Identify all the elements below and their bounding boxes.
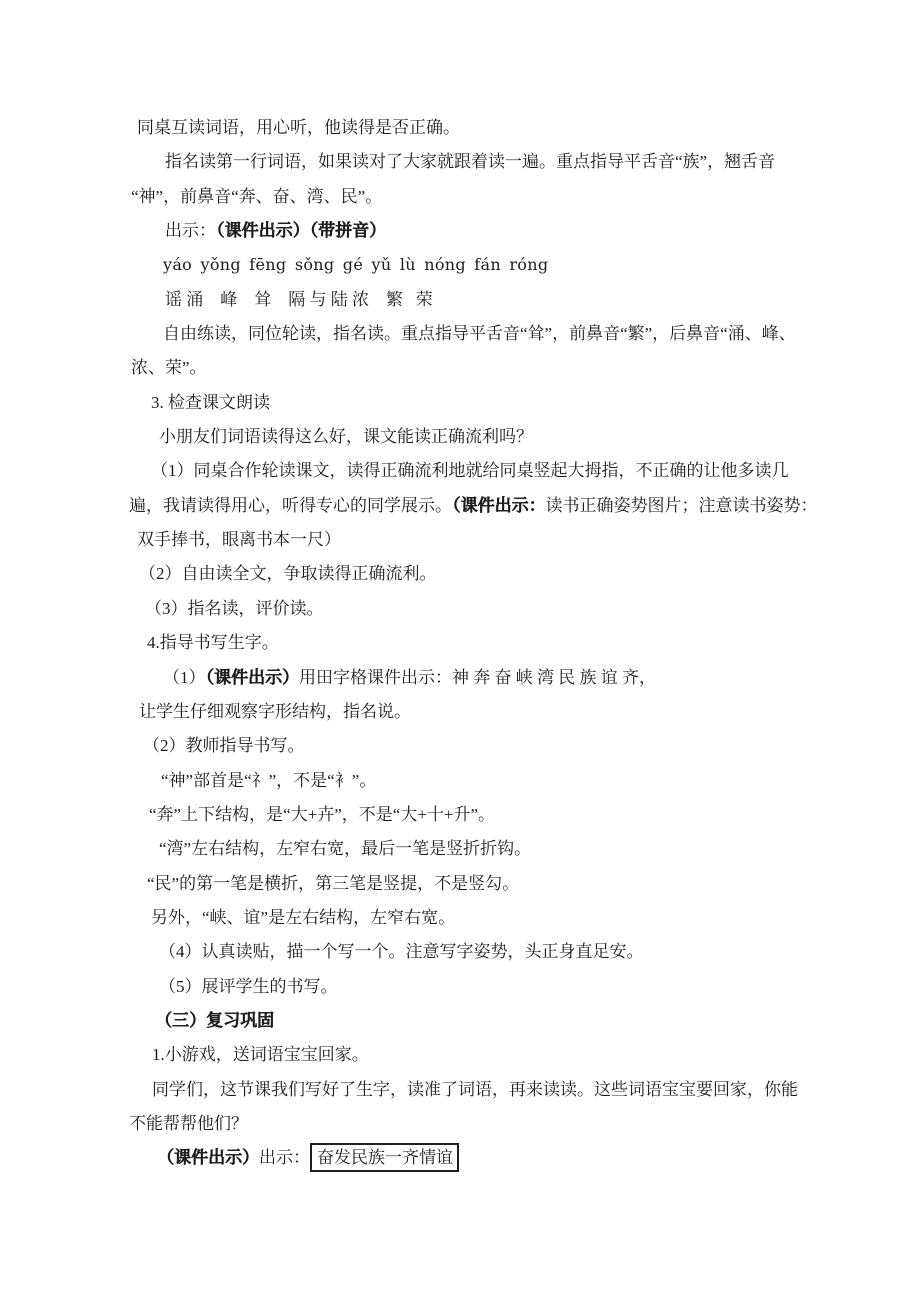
text-segment: 双手捧书，眼离书本一尺） — [137, 530, 341, 549]
text-line: （三）复习巩固 — [137, 1004, 817, 1038]
document-page: 同桌互读词语，用心听，他读得是否正确。指名读第一行词语，如果读对了大家就跟着读一… — [0, 0, 920, 1302]
word-box: 奋发民族一齐情谊 — [310, 1143, 459, 1172]
text-segment: 浓、荣”。 — [131, 358, 207, 377]
text-line: “神”，前鼻音“奔、奋、湾、民”。 — [131, 180, 817, 214]
text-line: 浓、荣”。 — [131, 351, 817, 385]
text-segment: 遍，我请读得用心，听得专心的同学展示。 — [129, 496, 452, 515]
text-segment: 1.小游戏，送词语宝宝回家。 — [152, 1045, 369, 1064]
text-segment: 谣 涌 峰 耸 隔 与 陆 浓 繁 荣 — [165, 290, 433, 309]
text-line: （5）展评学生的书写。 — [137, 970, 817, 1004]
text-line: “奔”上下结构，是“大+卉”，不是“大+十+升”。 — [137, 798, 817, 832]
text-line: “神”部首是“礻”，不是“衤”。 — [137, 764, 817, 798]
text-line: （1）同桌合作轮读课文，读得正确流利地就给同桌竖起大拇指，不正确的让他多读几 — [137, 454, 817, 488]
text-line: 同学们，这节课我们写好了生字，读准了词语，再来读读。这些词语宝宝要回家，你能 — [137, 1073, 817, 1107]
text-segment: 出示： — [165, 221, 216, 240]
text-segment: 自由练读，同位轮读，指名读。重点指导平舌音“耸”，前鼻音“繁”，后鼻音“涌、峰、 — [163, 324, 796, 343]
text-segment: 小朋友们词语读得这么好，课文能读正确流利吗？ — [159, 427, 533, 446]
text-line: 同桌互读词语，用心听，他读得是否正确。 — [137, 111, 817, 145]
text-segment: （课件出示） — [157, 1148, 259, 1167]
text-line: （1）（课件出示）用田字格课件出示：神 奔 奋 峡 湾 民 族 谊 齐， — [137, 661, 817, 695]
text-line: 指名读第一行词语，如果读对了大家就跟着读一遍。重点指导平舌音“族”，翘舌音 — [137, 145, 817, 179]
text-segment: 4.指导书写生字。 — [147, 633, 279, 652]
character-line: 谣 涌 峰 耸 隔 与 陆 浓 繁 荣 — [137, 283, 817, 317]
text-segment: （1）同桌合作轮读课文，读得正确流利地就给同桌竖起大拇指，不正确的让他多读几 — [151, 461, 789, 480]
text-segment: 另外，“峡、谊”是左右结构，左窄右宽。 — [151, 908, 455, 927]
text-line: “民”的第一笔是横折，第三笔是竖提，不是竖勾。 — [137, 867, 817, 901]
text-segment: （3）指名读，评价读。 — [145, 599, 324, 618]
text-segment: 读书正确姿势图片；注意读书姿势： — [546, 496, 818, 515]
text-line: 遍，我请读得用心，听得专心的同学展示。（课件出示：读书正确姿势图片；注意读书姿势… — [129, 489, 817, 523]
text-line: 让学生仔细观察字形结构，指名说。 — [137, 695, 817, 729]
text-line: 不能帮帮他们？ — [129, 1107, 817, 1141]
text-segment: 用田字格课件出示：神 奔 奋 峡 湾 民 族 谊 齐， — [299, 668, 656, 687]
text-segment: “奔”上下结构，是“大+卉”，不是“大+十+升”。 — [149, 805, 495, 824]
text-line: （4）认真读贴，描一个写一个。注意写字姿势，头正身直足安。 — [137, 935, 817, 969]
text-segment: “湾”左右结构，左窄右宽，最后一笔是竖折折钩。 — [159, 839, 531, 858]
text-segment: （三）复习巩固 — [155, 1011, 274, 1030]
text-segment: （课件出示）（带拼音） — [216, 221, 386, 240]
text-line: （2）自由读全文，争取读得正确流利。 — [137, 557, 817, 591]
text-segment: 出示： — [259, 1148, 310, 1167]
document-body: 同桌互读词语，用心听，他读得是否正确。指名读第一行词语，如果读对了大家就跟着读一… — [137, 111, 817, 1176]
text-line: “湾”左右结构，左窄右宽，最后一笔是竖折折钩。 — [137, 832, 817, 866]
text-segment: 让学生仔细观察字形结构，指名说。 — [139, 702, 411, 721]
text-line: 双手捧书，眼离书本一尺） — [137, 523, 817, 557]
text-segment: （课件出示） — [206, 668, 300, 687]
text-line: 1.小游戏，送词语宝宝回家。 — [137, 1038, 817, 1072]
text-segment: 不能帮帮他们？ — [129, 1114, 248, 1133]
text-segment: （4）认真读贴，描一个写一个。注意写字姿势，头正身直足安。 — [159, 942, 644, 961]
text-line: 出示：（课件出示）（带拼音） — [137, 214, 817, 248]
text-line: （2）教师指导书写。 — [137, 729, 817, 763]
text-segment: “神”部首是“礻”，不是“衤”。 — [161, 771, 376, 790]
text-segment: “神”，前鼻音“奔、奋、湾、民”。 — [131, 187, 382, 206]
text-line: 另外，“峡、谊”是左右结构，左窄右宽。 — [137, 901, 817, 935]
text-segment: （课件出示： — [452, 496, 546, 515]
text-line: 小朋友们词语读得这么好，课文能读正确流利吗？ — [137, 420, 817, 454]
text-segment: （2）自由读全文，争取读得正确流利。 — [139, 564, 437, 583]
text-segment: 3. 检查课文朗读 — [151, 393, 270, 412]
text-line: （3）指名读，评价读。 — [137, 592, 817, 626]
text-line: 自由练读，同位轮读，指名读。重点指导平舌音“耸”，前鼻音“繁”，后鼻音“涌、峰、 — [137, 317, 817, 351]
text-line: 3. 检查课文朗读 — [137, 386, 817, 420]
text-segment: （5）展评学生的书写。 — [159, 977, 338, 996]
text-segment: （1） — [163, 668, 206, 687]
text-segment: 同桌互读词语，用心听，他读得是否正确。 — [137, 118, 460, 137]
text-segment: yáo yǒng fēng sǒng gé yǔ lù nóng fán rón… — [163, 255, 548, 274]
pinyin-line: yáo yǒng fēng sǒng gé yǔ lù nóng fán rón… — [137, 248, 817, 282]
text-line: 4.指导书写生字。 — [137, 626, 817, 660]
text-segment: （2）教师指导书写。 — [143, 736, 305, 755]
text-segment: 同学们，这节课我们写好了生字，读准了词语，再来读读。这些词语宝宝要回家，你能 — [152, 1080, 798, 1099]
text-line: （课件出示）出示：奋发民族一齐情谊 — [137, 1141, 817, 1175]
text-segment: “民”的第一笔是横折，第三笔是竖提，不是竖勾。 — [147, 874, 519, 893]
text-segment: 指名读第一行词语，如果读对了大家就跟着读一遍。重点指导平舌音“族”，翘舌音 — [165, 152, 775, 171]
